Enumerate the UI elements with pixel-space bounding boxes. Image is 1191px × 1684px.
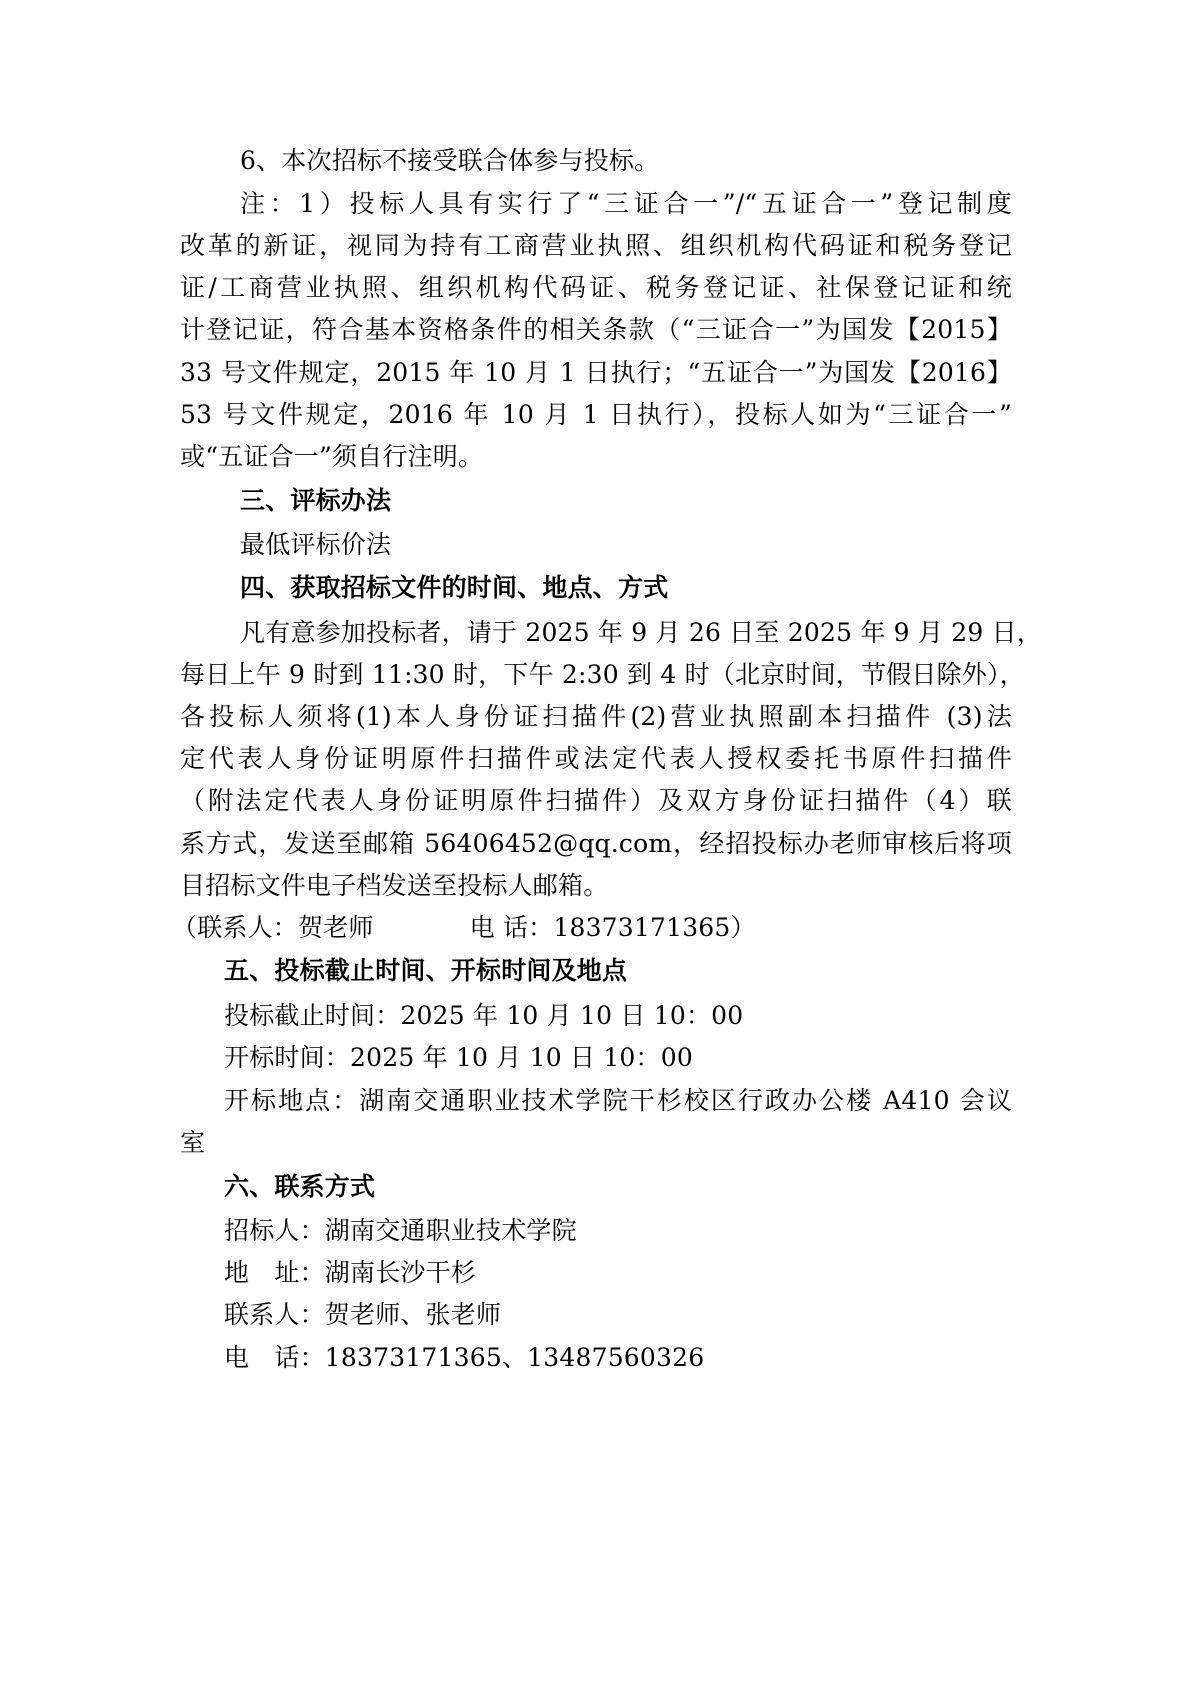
note-line-5: 33 号文件规定，2015 年 10 月 1 日执行；“五证合一”为国发【201…: [180, 358, 1012, 388]
address: 地 址：湖南长沙干杉: [224, 1258, 476, 1288]
section-4-line-6: 系方式，发送至邮箱 56406452@qq.com，经招投标办老师审核后将项: [180, 829, 1012, 859]
opening-location-line-1: 开标地点：湖南交通职业技术学院干杉校区行政办公楼 A410 会议: [180, 1086, 1012, 1116]
contact-person: （联系人：贺老师: [172, 913, 374, 942]
note-line-7: 或“五证合一”须自行注明。: [180, 442, 483, 472]
opening-location-line-2: 室: [180, 1128, 205, 1158]
section-3-heading: 三、评标办法: [240, 486, 391, 516]
section-4-line-7: 目招标文件电子档发送至投标人邮箱。: [180, 871, 608, 901]
section-4-line-5: （附法定代表人身份证明原件扫描件）及双方身份证扫描件（4）联: [180, 786, 1012, 816]
note-line-2: 改革的新证，视同为持有工商营业执照、组织机构代码证和税务登记: [180, 231, 1012, 261]
bid-deadline: 投标截止时间：2025 年 10 月 10 日 10：00: [224, 1001, 743, 1031]
note-line-4: 计登记证，符合基本资格条件的相关条款（“三证合一”为国发【2015】: [180, 315, 1012, 345]
note-line-3: 证/工商营业执照、组织机构代码证、税务登记证、社保登记证和统: [180, 273, 1012, 303]
opening-time: 开标时间：2025 年 10 月 10 日 10：00: [224, 1043, 693, 1073]
section-6-heading: 六、联系方式: [224, 1172, 375, 1202]
tenderer: 招标人：湖南交通职业技术学院: [224, 1216, 577, 1246]
item-6-text: 6、本次招标不接受联合体参与投标。: [240, 146, 659, 176]
section-4-heading: 四、获取招标文件的时间、地点、方式: [240, 573, 668, 603]
section-4-line-3: 各投标人须将(1)本人身份证扫描件(2)营业执照副本扫描件 (3)法: [180, 702, 1012, 732]
section-4-line-2: 每日上午 9 时到 11:30 时，下午 2:30 到 4 时（北京时间，节假日…: [180, 660, 1012, 690]
section-3-body: 最低评标价法: [240, 530, 391, 560]
note-line-6: 53 号文件规定，2016 年 10 月 1 日执行），投标人如为“三证合一”: [180, 400, 1012, 430]
phone: 电 话：18373171365、13487560326: [224, 1343, 704, 1373]
contact-phone: 电 话：18373171365）: [470, 913, 756, 942]
note-line-1: 注：1）投标人具有实行了“三证合一”/“五证合一”登记制度: [180, 189, 1012, 219]
section-4-line-4: 定代表人身份证明原件扫描件或法定代表人授权委托书原件扫描件: [180, 744, 1012, 774]
section-5-heading: 五、投标截止时间、开标时间及地点: [224, 956, 627, 986]
section-4-line-1: 凡有意参加投标者，请于 2025 年 9 月 26 日至 2025 年 9 月 …: [180, 618, 1012, 648]
contacts: 联系人：贺老师、张老师: [224, 1300, 501, 1330]
section-4-contact-line: （联系人：贺老师电 话：18373171365）: [172, 913, 756, 943]
